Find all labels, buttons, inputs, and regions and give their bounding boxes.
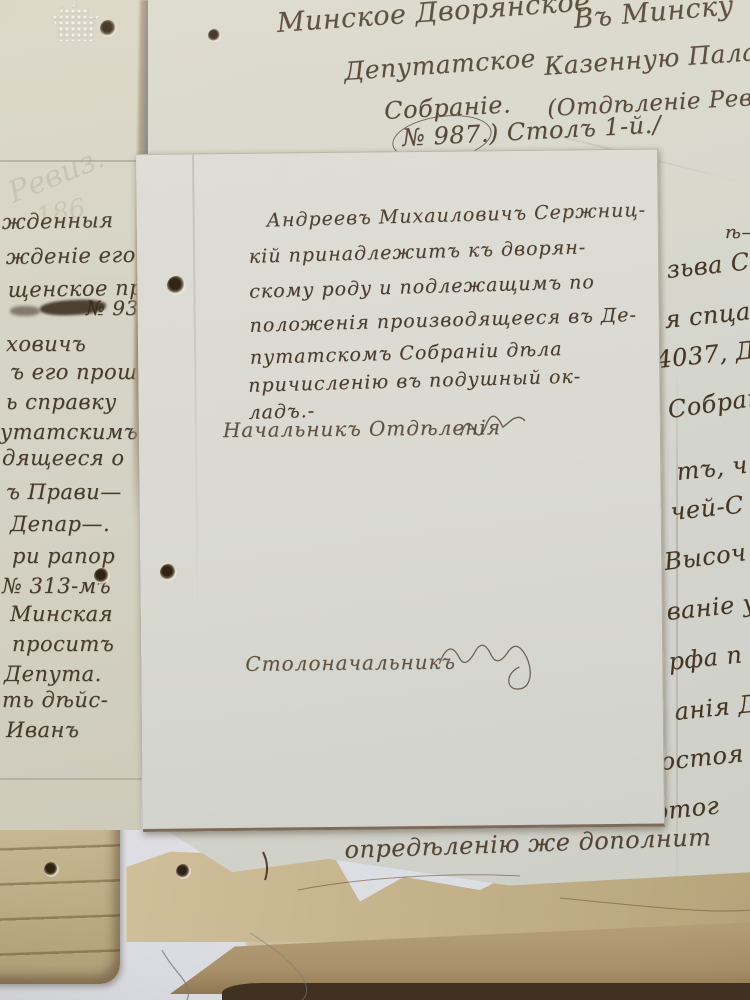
stray-marks — [0, 0, 750, 1000]
archival-document-photo: Ревиз. 186 жденныя жденіе его.. щенское … — [0, 0, 750, 1000]
